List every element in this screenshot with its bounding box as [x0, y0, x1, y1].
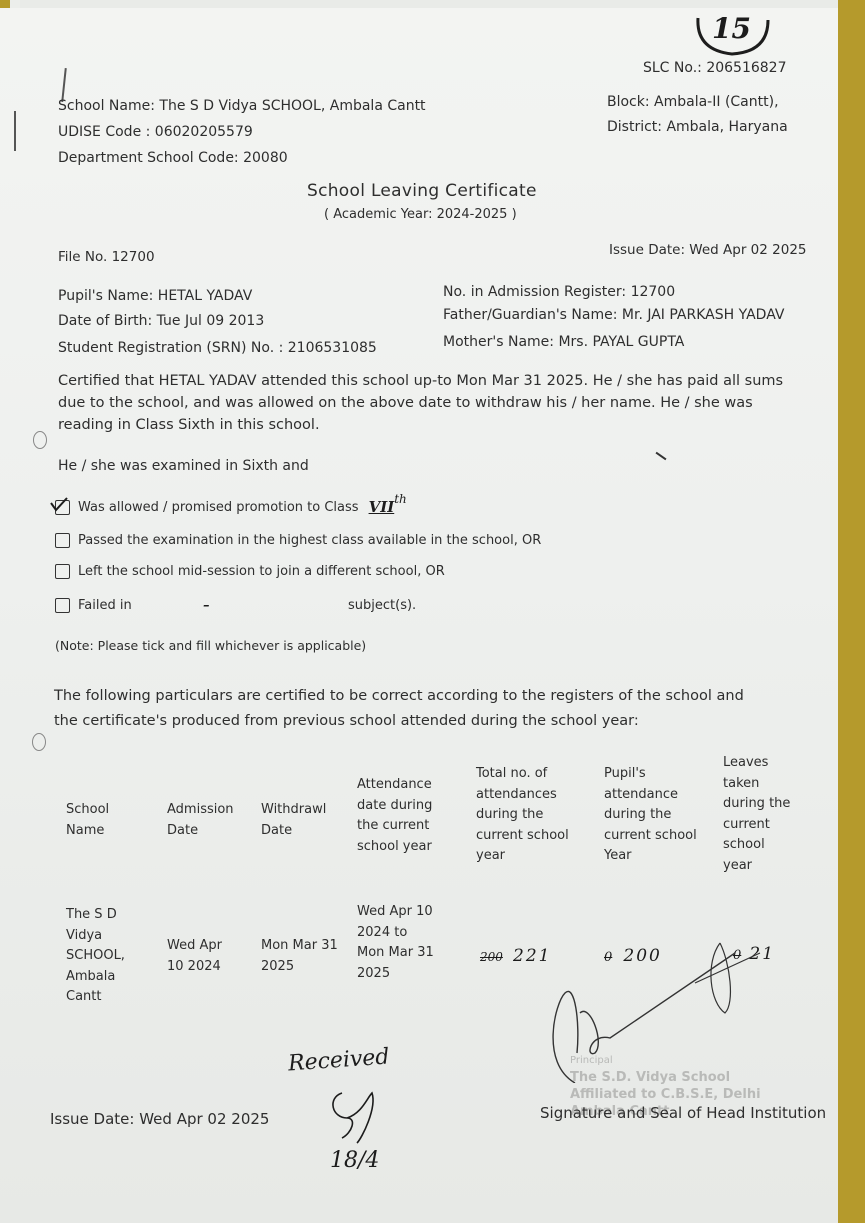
option-label: Left the school mid-session to join a di… [78, 564, 445, 579]
signature-label: Signature and Seal of Head Institution [540, 1104, 826, 1122]
block: Block: Ambala-II (Cantt), [607, 94, 779, 110]
note: (Note: Please tick and fill whichever is… [55, 638, 366, 653]
cell-withdrawl-date: Mon Mar 31 2025 [261, 936, 343, 977]
handwritten-class-suffix: th [394, 492, 407, 506]
srn-number: Student Registration (SRN) No. : 2106531… [58, 340, 377, 356]
option-failed[interactable]: Failed in – subject(s). [55, 598, 416, 613]
pencil-mark [656, 452, 667, 461]
option-label: Failed in [78, 598, 203, 613]
option-promotion[interactable]: Was allowed / promised promotion to Clas… [55, 498, 407, 516]
seal-line: Principal [570, 1052, 761, 1069]
certificate-page: 15 SLC No.: 206516827 School Name: The S… [0, 8, 838, 1223]
cell-attendance-period: Wed Apr 10 2024 to Mon Mar 31 2025 [357, 902, 437, 984]
header-pupil-attendance: Pupil's attendance during the current sc… [604, 764, 699, 867]
header-attendance-date: Attendance date during the current schoo… [357, 775, 457, 857]
cell-school-name: The S D Vidya SCHOOL, Ambala Cantt [66, 905, 130, 1008]
pencil-mark [61, 68, 66, 102]
option-label: Was allowed / promised promotion to Clas… [78, 500, 359, 515]
udise-code: UDISE Code : 06020205579 [58, 124, 253, 140]
admission-register-number: No. in Admission Register: 12700 [443, 284, 675, 300]
cell-admission-date: Wed Apr 10 2024 [167, 936, 229, 977]
header-admission-date: Admission Date [167, 800, 242, 841]
academic-year: ( Academic Year: 2024-2025 ) [324, 207, 517, 222]
certificate-title: School Leaving Certificate [307, 181, 537, 201]
option-passed-highest[interactable]: Passed the examination in the highest cl… [55, 533, 541, 548]
slc-number: SLC No.: 206516827 [643, 60, 787, 76]
header-total-attendances: Total no. of attendances during the curr… [476, 764, 576, 867]
handwritten-mark-text: 15 [712, 12, 751, 45]
checkbox-checked[interactable] [55, 500, 70, 515]
examined-line: He / she was examined in Sixth and [58, 458, 309, 474]
option-label: Passed the examination in the highest cl… [78, 533, 541, 548]
certification-paragraph: Certified that HETAL YADAV attended this… [58, 370, 798, 436]
mother-name: Mother's Name: Mrs. PAYAL GUPTA [443, 334, 684, 350]
punch-hole-mark [33, 431, 47, 449]
punch-hole-mark [32, 733, 46, 751]
father-name: Father/Guardian's Name: Mr. JAI PARKASH … [443, 307, 784, 323]
file-number: File No. 12700 [58, 249, 155, 265]
checkbox-unchecked[interactable] [55, 533, 70, 548]
header-leaves-taken: Leaves taken during the current school y… [723, 753, 793, 876]
pupil-name: Pupil's Name: HETAL YADAV [58, 288, 252, 304]
date-of-birth: Date of Birth: Tue Jul 09 2013 [58, 313, 264, 329]
seal-line: The S.D. Vidya School [570, 1069, 761, 1086]
district: District: Ambala, Haryana [607, 119, 788, 135]
option-suffix: subject(s). [348, 598, 416, 613]
header-withdrawl-date: Withdrawl Date [261, 800, 336, 841]
pencil-mark [14, 111, 16, 151]
received-signature [322, 1088, 382, 1148]
particulars-intro: The following particulars are certified … [54, 684, 754, 734]
seal-line: Affiliated to C.B.S.E, Delhi [570, 1086, 761, 1103]
handwritten-class: VII [369, 498, 395, 516]
issue-date-top: Issue Date: Wed Apr 02 2025 [609, 242, 807, 258]
received-date: 18/4 [330, 1148, 379, 1173]
handwritten-failed-subjects: – [203, 598, 348, 613]
checkbox-unchecked[interactable] [55, 564, 70, 579]
handwritten-circled-number: 15 [690, 10, 774, 62]
header-school-name: School Name [66, 800, 126, 841]
issue-date-bottom: Issue Date: Wed Apr 02 2025 [50, 1110, 269, 1128]
checkbox-unchecked[interactable] [55, 598, 70, 613]
struck-value: 200 [480, 950, 503, 964]
school-name: School Name: The S D Vidya SCHOOL, Ambal… [58, 98, 426, 114]
option-left-mid-session[interactable]: Left the school mid-session to join a di… [55, 564, 445, 579]
department-school-code: Department School Code: 20080 [58, 150, 288, 166]
received-note: Received [287, 1044, 390, 1076]
